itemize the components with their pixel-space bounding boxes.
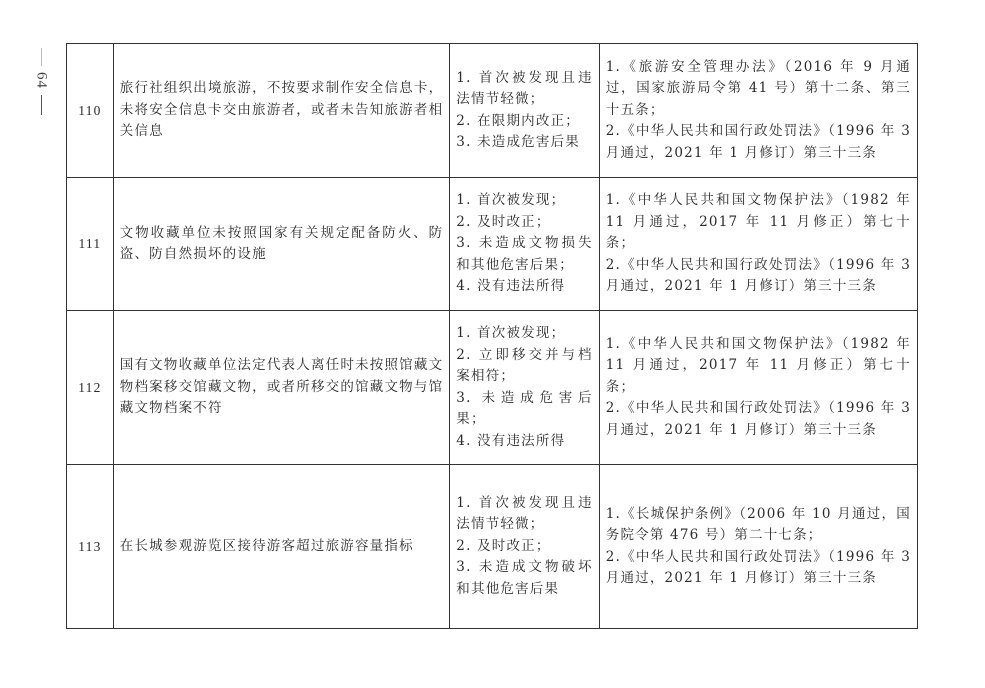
condition-item: 3. 未造成文物破坏和其他危害后果 <box>456 557 592 600</box>
basis-item: 2.《中华人民共和国行政处罚法》（1996 年 3 月通过，2021 年 1 月… <box>606 547 911 590</box>
row-number: 111 <box>67 178 114 311</box>
basis-item: 1.《长城保护条例》（2006 年 10 月通过，国务院令第 476 号）第二十… <box>606 504 911 547</box>
table-row: 111 文物收藏单位未按照国家有关规定配备防火、防盗、防自然损坏的设施 1. 首… <box>67 178 918 311</box>
page-number-margin: 64 <box>26 48 56 138</box>
regulation-table: 110 旅行社组织出境旅游，不按要求制作安全信息卡，未将安全信息卡交由旅游者，或… <box>66 43 918 629</box>
basis-item: 2.《中华人民共和国行政处罚法》（1996 年 3 月通过，2021 年 1 月… <box>606 121 911 164</box>
condition-item: 1. 首次被发现且违法情节轻微； <box>456 68 592 111</box>
condition-item: 2. 在限期内改正； <box>456 111 592 133</box>
page-number: 64 <box>33 72 50 89</box>
table-row: 110 旅行社组织出境旅游，不按要求制作安全信息卡，未将安全信息卡交由旅游者，或… <box>67 44 918 178</box>
basis-item: 1.《中华人民共和国文物保护法》（1982 年 11 月通过，2017 年 11… <box>606 334 911 399</box>
condition-item: 1. 首次被发现； <box>456 190 592 212</box>
legal-basis: 1.《长城保护条例》（2006 年 10 月通过，国务院令第 476 号）第二十… <box>599 465 917 629</box>
exemption-conditions: 1. 首次被发现； 2. 及时改正； 3. 未造成文物损失和其他危害后果； 4.… <box>450 178 599 311</box>
table-row: 113 在长城参观游览区接待游客超过旅游容量指标 1. 首次被发现且违法情节轻微… <box>67 465 918 629</box>
basis-item: 1.《中华人民共和国文物保护法》（1982 年 11 月通过，2017 年 11… <box>606 190 911 255</box>
legal-basis: 1.《中华人民共和国文物保护法》（1982 年 11 月通过，2017 年 11… <box>599 178 917 311</box>
basis-item: 2.《中华人民共和国行政处罚法》（1996 年 3 月通过，2021 年 1 月… <box>606 255 911 298</box>
condition-item: 2. 及时改正； <box>456 536 592 558</box>
legal-basis: 1.《旅游安全管理办法》（2016 年 9 月通过，国家旅游局令第 41 号）第… <box>599 44 917 178</box>
table-row: 112 国有文物收藏单位法定代表人离任时未按照馆藏文物档案移交馆藏文物，或者所移… <box>67 311 918 465</box>
violation-description: 国有文物收藏单位法定代表人离任时未按照馆藏文物档案移交馆藏文物，或者所移交的馆藏… <box>113 311 450 465</box>
row-number: 113 <box>67 465 114 629</box>
page-number-dash-top <box>41 48 42 66</box>
exemption-conditions: 1. 首次被发现且违法情节轻微； 2. 在限期内改正； 3. 未造成危害后果 <box>450 44 599 178</box>
basis-item: 2.《中华人民共和国行政处罚法》（1996 年 3 月通过，2021 年 1 月… <box>606 398 911 441</box>
condition-item: 2. 及时改正； <box>456 212 592 234</box>
violation-description: 在长城参观游览区接待游客超过旅游容量指标 <box>113 465 450 629</box>
exemption-conditions: 1. 首次被发现且违法情节轻微； 2. 及时改正； 3. 未造成文物破坏和其他危… <box>450 465 599 629</box>
exemption-conditions: 1. 首次被发现； 2. 立即移交并与档案相符； 3. 未造成危害后果； 4. … <box>450 311 599 465</box>
condition-item: 1. 首次被发现且违法情节轻微； <box>456 493 592 536</box>
condition-item: 4. 没有违法所得 <box>456 276 592 298</box>
row-number: 112 <box>67 311 114 465</box>
violation-description: 文物收藏单位未按照国家有关规定配备防火、防盗、防自然损坏的设施 <box>113 178 450 311</box>
violation-description: 旅行社组织出境旅游，不按要求制作安全信息卡，未将安全信息卡交由旅游者，或者未告知… <box>113 44 450 178</box>
row-number: 110 <box>67 44 114 178</box>
condition-item: 2. 立即移交并与档案相符； <box>456 345 592 388</box>
condition-item: 1. 首次被发现； <box>456 323 592 345</box>
page-number-dash-bottom <box>41 95 42 115</box>
basis-item: 1.《旅游安全管理办法》（2016 年 9 月通过，国家旅游局令第 41 号）第… <box>606 57 911 122</box>
condition-item: 3. 未造成文物损失和其他危害后果； <box>456 233 592 276</box>
legal-basis: 1.《中华人民共和国文物保护法》（1982 年 11 月通过，2017 年 11… <box>599 311 917 465</box>
condition-item: 4. 没有违法所得 <box>456 431 592 453</box>
condition-item: 3. 未造成危害后果 <box>456 132 592 154</box>
condition-item: 3. 未造成危害后果； <box>456 388 592 431</box>
